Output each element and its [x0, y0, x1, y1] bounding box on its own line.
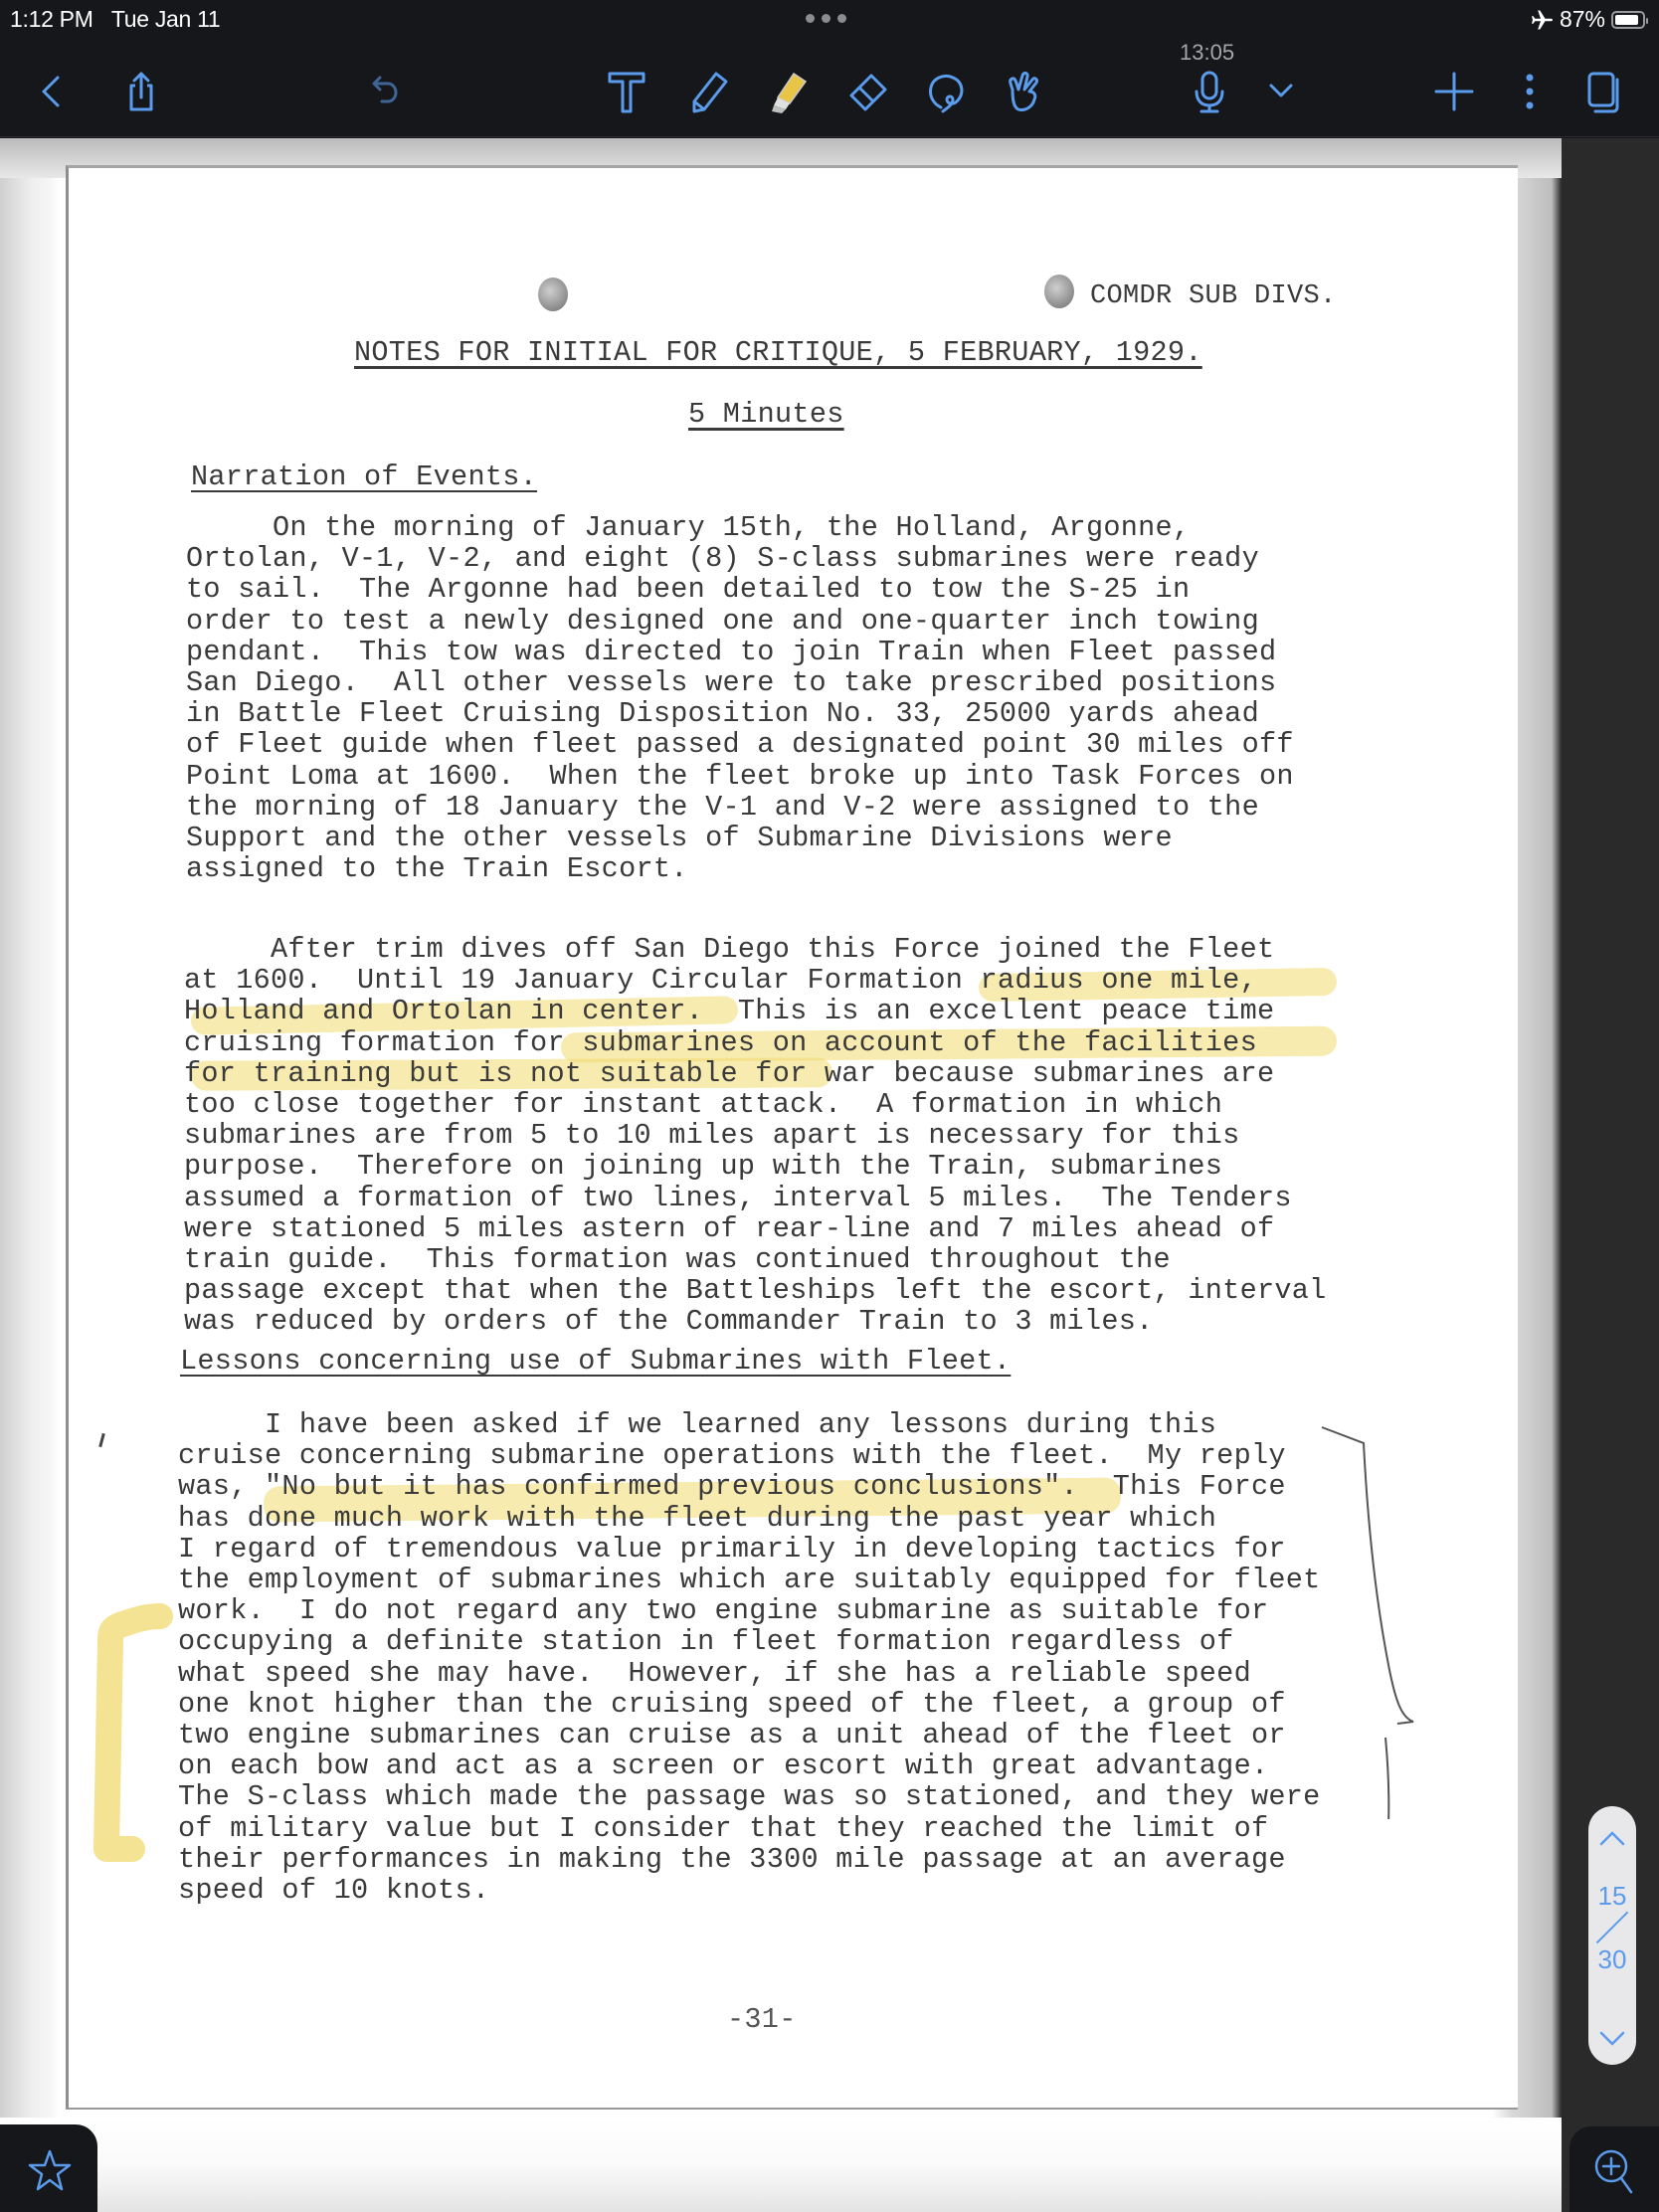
text-line: speed of 10 knots. [178, 1875, 489, 1906]
pen-tool-button[interactable] [682, 66, 734, 117]
date: Tue Jan 11 [111, 6, 221, 32]
text-line: has done much work with the fleet during… [178, 1503, 1216, 1534]
text-line: train guide. This formation was continue… [184, 1244, 1171, 1275]
clock: 1:12 PM [10, 6, 93, 32]
page-overview-button[interactable] [1577, 66, 1629, 117]
text-line: passage except that when the Battleships… [184, 1275, 1327, 1306]
text-line: submarines are from 5 to 10 miles apart … [184, 1120, 1240, 1151]
punch-hole [538, 277, 568, 311]
handwritten-bracket [1302, 1401, 1431, 1819]
hand-pointer-icon [1003, 70, 1046, 113]
text-line: order to test a newly designed one and o… [186, 606, 1259, 637]
battery-percent: 87% [1560, 6, 1605, 33]
text-line: Support and the other vessels of Submari… [186, 823, 1173, 853]
more-icon [1508, 70, 1552, 113]
pages-icon [1581, 70, 1625, 113]
undo-button[interactable] [358, 66, 410, 117]
status-indicators: 87% [1530, 6, 1645, 33]
section-heading-lessons: Lessons concerning use of Submarines wit… [180, 1346, 1011, 1377]
text-line: cruise concerning submarine operations w… [178, 1440, 1286, 1471]
punch-hole [1044, 275, 1074, 308]
star-icon [28, 2148, 72, 2192]
back-icon [30, 70, 74, 113]
document-subtitle: 5 Minutes [688, 399, 844, 430]
text-line: of military value but I consider that th… [178, 1813, 1268, 1844]
current-page: 15 [1598, 1882, 1627, 1910]
text-line: San Diego. All other vessels were to tak… [186, 667, 1276, 698]
text-line: Holland and Ortolan in center. This is a… [184, 996, 1274, 1026]
recording-time: 13:05 [1180, 40, 1234, 66]
lasso-tool-button[interactable] [921, 66, 973, 117]
text-line: I have been asked if we learned any less… [178, 1409, 1216, 1440]
share-button[interactable] [115, 66, 167, 117]
microphone-icon [1188, 70, 1231, 113]
text-line: was reduced by orders of the Commander T… [184, 1306, 1154, 1337]
highlighter-icon [766, 70, 810, 113]
add-button[interactable] [1428, 66, 1480, 117]
status-time: 1:12 PM Tue Jan 11 [10, 6, 220, 33]
chevron-down-icon [1599, 2031, 1625, 2047]
text-line: After trim dives off San Diego this Forc… [184, 934, 1274, 965]
text-tool-icon [605, 70, 648, 113]
add-icon [1432, 70, 1476, 113]
hand-tool-button[interactable] [999, 66, 1050, 117]
text-line: too close together for instant attack. A… [184, 1089, 1222, 1120]
text-line: I regard of tremendous value primarily i… [178, 1534, 1286, 1565]
zoom-in-icon [1591, 2146, 1637, 2196]
text-line: in Battle Fleet Cruising Disposition No.… [186, 698, 1259, 729]
text-line: On the morning of January 15th, the Holl… [186, 512, 1190, 543]
text-line: Point Loma at 1600. When the fleet broke… [186, 761, 1294, 792]
text-line: at 1600. Until 19 January Circular Forma… [184, 965, 1257, 996]
multitasking-dots[interactable] [806, 14, 846, 23]
audio-options-button[interactable] [1255, 66, 1307, 117]
text-line: Ortolan, V-1, V-2, and eight (8) S-class… [186, 543, 1259, 574]
text-line: two engine submarines can cruise as a un… [178, 1720, 1286, 1751]
chevron-up-icon [1599, 1830, 1625, 1846]
total-pages: 30 [1598, 1945, 1627, 1973]
zoom-in-button[interactable] [1569, 2126, 1659, 2212]
previous-page-button[interactable] [1588, 1816, 1636, 1860]
next-page-button[interactable] [1588, 2017, 1636, 2061]
document-page: COMDR SUB DIVS. NOTES FOR INITIAL FOR CR… [66, 165, 1518, 2110]
text-line: pendant. This tow was directed to join T… [186, 637, 1276, 667]
text-line: assigned to the Train Escort. [186, 853, 688, 884]
text-line: cruising formation for submarines on acc… [184, 1027, 1257, 1058]
airplane-icon [1530, 9, 1554, 31]
status-bar: 1:12 PM Tue Jan 11 87% [0, 0, 1659, 40]
eraser-icon [845, 70, 889, 113]
text-line: were stationed 5 miles astern of rear-li… [184, 1213, 1274, 1244]
text-line: was, "No but it has confirmed previous c… [178, 1471, 1286, 1502]
section-heading-narration: Narration of Events. [191, 461, 537, 492]
pen-icon [686, 70, 730, 113]
text-line: one knot higher than the cruising speed … [178, 1689, 1286, 1720]
text-line: The S-class which made the passage was s… [178, 1781, 1321, 1812]
text-line: their performances in making the 3300 mi… [178, 1844, 1286, 1875]
more-options-button[interactable] [1504, 66, 1556, 117]
text-line: on each bow and act as a screen or escor… [178, 1751, 1268, 1781]
page-indicator[interactable]: 15 30 [1588, 1806, 1636, 2065]
printed-page-number: -31- [727, 2004, 797, 2035]
record-audio-button[interactable] [1184, 66, 1235, 117]
text-tool-button[interactable] [601, 66, 652, 117]
text-line: for training but is not suitable for war… [184, 1058, 1274, 1089]
text-line: to sail. The Argonne had been detailed t… [186, 574, 1190, 605]
document-viewer[interactable]: COMDR SUB DIVS. NOTES FOR INITIAL FOR CR… [0, 138, 1659, 2212]
lasso-icon [925, 70, 969, 113]
text-line: the employment of submarines which are s… [178, 1565, 1321, 1595]
back-button[interactable] [26, 66, 78, 117]
pen-mark [98, 1433, 105, 1447]
margin-bracket-highlight [83, 1600, 192, 1879]
annotation-toolbar: 13:05 [0, 40, 1659, 137]
text-line: work. I do not regard any two engine sub… [178, 1595, 1268, 1626]
document-header-right: COMDR SUB DIVS. [1090, 281, 1337, 312]
text-line: the morning of 18 January the V-1 and V-… [186, 792, 1259, 823]
page-separator [1597, 1910, 1627, 1945]
undo-icon [362, 70, 406, 113]
text-line: occupying a definite station in fleet fo… [178, 1626, 1234, 1657]
chevron-down-icon [1259, 70, 1303, 113]
document-title: NOTES FOR INITIAL FOR CRITIQUE, 5 FEBRUA… [354, 337, 1202, 368]
text-line: what speed she may have. However, if she… [178, 1658, 1251, 1689]
favorite-button[interactable] [0, 2124, 97, 2212]
scan-edge-bottom [0, 2118, 1562, 2212]
text-line: assumed a formation of two lines, interv… [184, 1183, 1292, 1213]
eraser-tool-button[interactable] [841, 66, 893, 117]
highlighter-tool-button[interactable] [762, 66, 814, 117]
battery-icon [1611, 11, 1645, 29]
text-line: of Fleet guide when fleet passed a desig… [186, 729, 1294, 760]
share-icon [119, 70, 163, 113]
text-line: purpose. Therefore on joining up with th… [184, 1151, 1222, 1182]
typewritten-document: COMDR SUB DIVS. NOTES FOR INITIAL FOR CR… [69, 168, 1521, 2113]
